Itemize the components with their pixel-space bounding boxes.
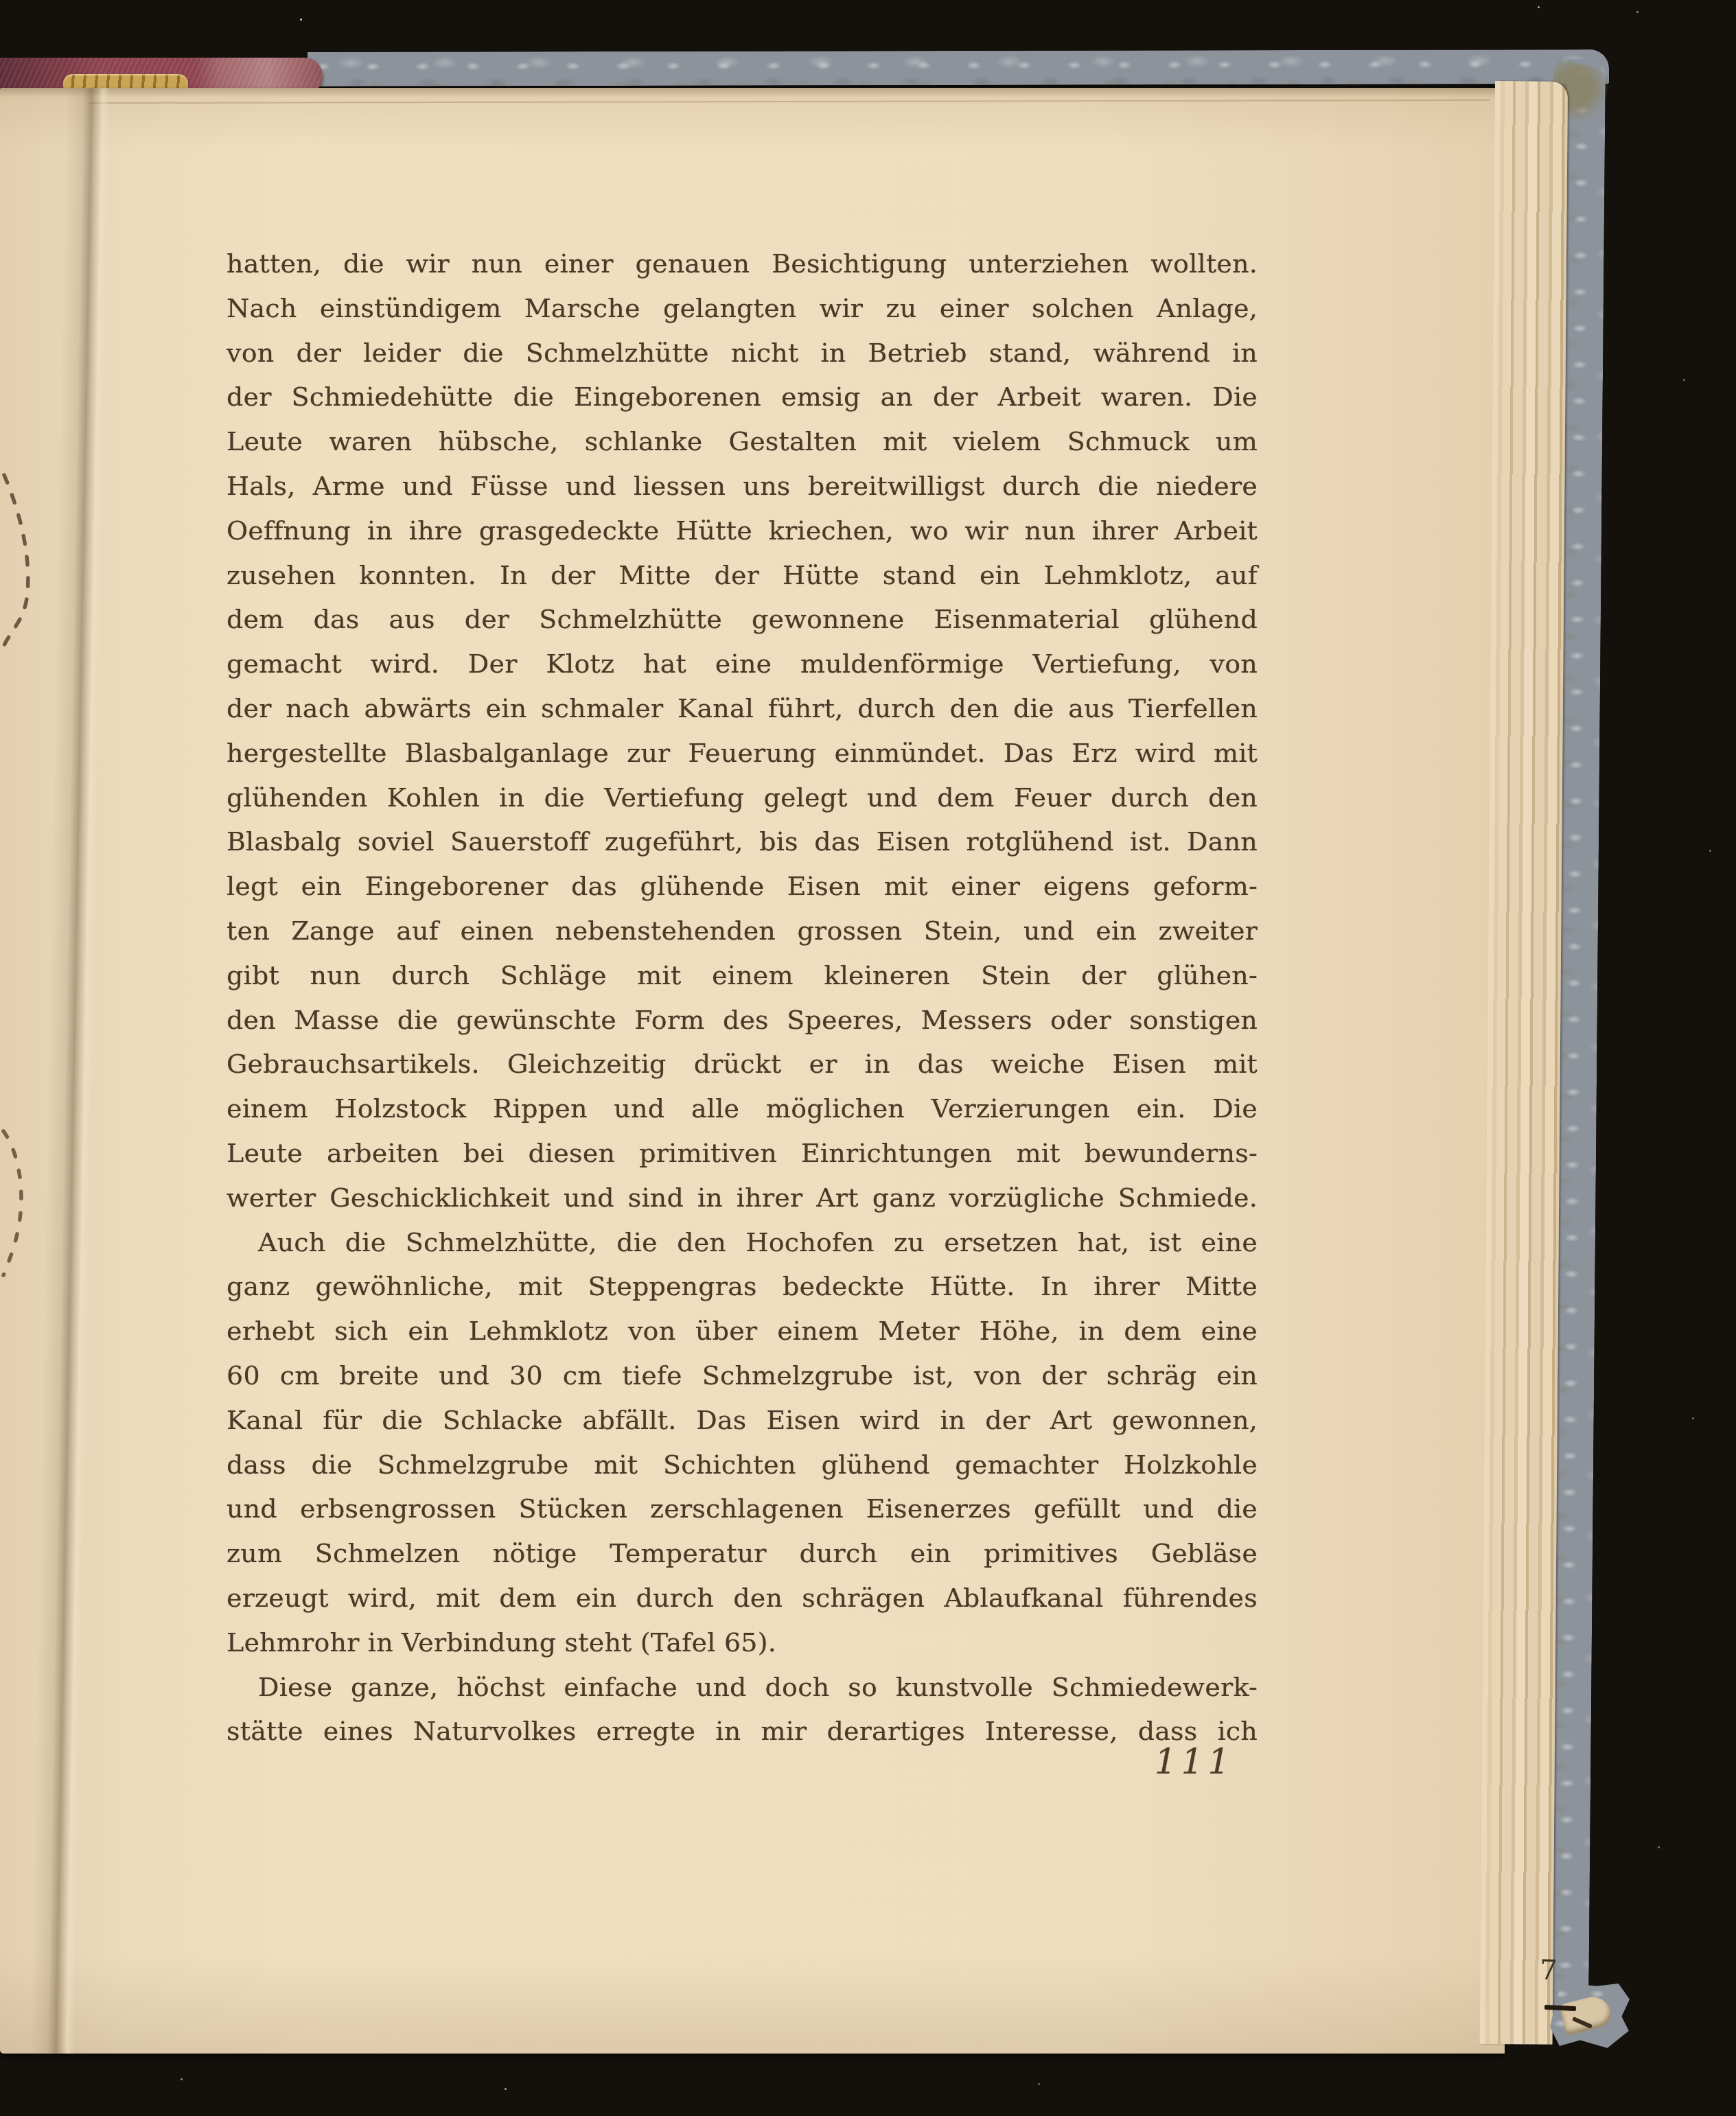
page-top-shadow	[0, 88, 1505, 97]
text-line: der nach abwärts ein schmaler Kanal führ…	[227, 686, 1258, 731]
text-line: dass die Schmelzgrube mit Schichten glüh…	[227, 1443, 1258, 1487]
text-line: der Schmiedehütte die Eingeborenen emsig…	[227, 375, 1258, 419]
text-line: erhebt sich ein Lehmklotz von über einem…	[227, 1309, 1258, 1353]
text-line: dem das aus der Schmelzhütte gewonnene E…	[227, 597, 1258, 642]
text-line: ten Zange auf einen nebenstehenden gross…	[227, 909, 1258, 953]
text-line: ganz gewöhnliche, mit Steppengras bedeck…	[227, 1264, 1258, 1309]
text-line: Nach einstündigem Marsche gelangten wir …	[227, 286, 1258, 331]
text-line: hatten, die wir nun einer genauen Besich…	[227, 242, 1258, 286]
text-line-paragraph-end: Lehmrohr in Verbindung steht (Tafel 65).	[227, 1620, 1258, 1665]
book-cover-top-edge	[308, 49, 1609, 86]
dust-specks	[0, 0, 2, 2]
text-line: gibt nun durch Schläge mit einem kleiner…	[227, 953, 1258, 998]
page-stack-fore-edge	[1480, 81, 1568, 2045]
text-line: Gebrauchsartikels. Gleichzeitig drückt e…	[227, 1042, 1258, 1086]
text-line: einem Holzstock Rippen und alle mögliche…	[227, 1086, 1258, 1131]
text-line: und erbsengrossen Stücken zerschlagenen …	[227, 1487, 1258, 1531]
text-line: den Masse die gewünschte Form des Speere…	[227, 998, 1258, 1043]
text-line: zusehen konnten. In der Mitte der Hütte …	[227, 553, 1258, 598]
text-line: Leute waren hübsche, schlanke Gestalten …	[227, 419, 1258, 464]
text-line: werter Geschicklichkeit und sind in ihre…	[227, 1176, 1258, 1220]
text-line: zum Schmelzen nötige Temperatur durch ei…	[227, 1531, 1258, 1576]
text-line-paragraph-start: Diese ganze, höchst einfache und doch so…	[227, 1665, 1258, 1710]
page-number: 111	[1155, 1742, 1234, 1782]
text-line: Blasbalg soviel Sauerstoff zugeführt, bi…	[227, 819, 1258, 864]
text-line-paragraph-start: Auch die Schmelzhütte, die den Hochofen …	[227, 1220, 1258, 1265]
text-line: erzeugt wird, mit dem ein durch den schr…	[227, 1576, 1258, 1620]
fore-edge-signature-mark: 7	[1539, 1955, 1558, 1987]
book-scan: hatten, die wir nun einer genauen Besich…	[0, 0, 1736, 2116]
text-line: Hals, Arme und Füsse und liessen uns ber…	[227, 464, 1258, 509]
text-line: hergestellte Blasbalganlage zur Feuerung…	[227, 731, 1258, 776]
text-line: legt ein Eingeborener das glühende Eisen…	[227, 864, 1258, 909]
text-line: Leute arbeiten bei diesen primitiven Ein…	[227, 1131, 1258, 1176]
text-line: von der leider die Schmelzhütte nicht in…	[227, 331, 1258, 375]
body-text: hatten, die wir nun einer genauen Besich…	[227, 242, 1258, 1754]
text-line: stätte eines Naturvolkes erregte in mir …	[227, 1709, 1258, 1754]
text-line: Oeffnung in ihre grasgedeckte Hütte krie…	[227, 509, 1258, 553]
text-line: gemacht wird. Der Klotz hat eine muldenf…	[227, 642, 1258, 686]
text-line: Kanal für die Schlacke abfällt. Das Eise…	[227, 1398, 1258, 1443]
show-through-marks	[0, 439, 48, 1318]
text-line: 60 cm breite und 30 cm tiefe Schmelzgrub…	[227, 1353, 1258, 1398]
text-line: glühenden Kohlen in die Vertiefung geleg…	[227, 776, 1258, 820]
